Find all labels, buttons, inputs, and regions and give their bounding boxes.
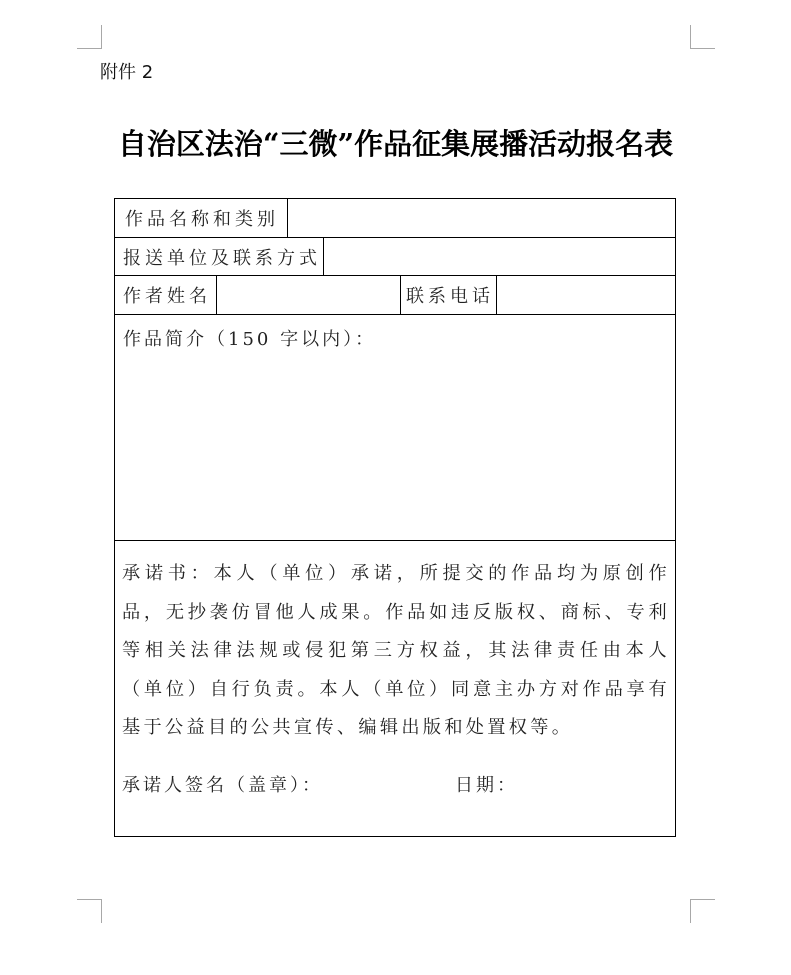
author-name-label: 作者姓名	[123, 276, 211, 314]
work-name-field[interactable]	[289, 199, 675, 237]
divider	[216, 276, 217, 314]
divider	[323, 238, 324, 275]
page-title: 自治区法治“三微”作品征集展播活动报名表	[0, 122, 791, 163]
crop-mark-top-left	[77, 25, 102, 49]
work-name-label: 作品名称和类别	[125, 199, 279, 237]
divider	[287, 199, 288, 237]
intro-field[interactable]	[115, 355, 675, 540]
intro-label: 作品简介（150 字以内）：	[123, 325, 376, 351]
crop-mark-top-right	[690, 25, 715, 49]
row-submitting-unit: 报送单位及联系方式	[115, 238, 675, 276]
crop-mark-bottom-right	[690, 899, 715, 923]
registration-form: 作品名称和类别 报送单位及联系方式 作者姓名 联系电话 作品简介（150 字以内…	[114, 198, 676, 837]
author-name-field[interactable]	[218, 276, 400, 314]
submitting-unit-label: 报送单位及联系方式	[123, 238, 321, 275]
crop-mark-bottom-left	[77, 899, 102, 923]
date-label: 日期：	[455, 771, 518, 797]
attachment-label: 附件 2	[100, 58, 153, 84]
signature-label: 承诺人签名（盖章）：	[122, 771, 323, 797]
divider	[496, 276, 497, 314]
pledge-text: 承诺书：本人（单位）承诺，所提交的作品均为原创作品，无抄袭仿冒他人成果。作品如违…	[122, 555, 670, 748]
submitting-unit-field[interactable]	[325, 238, 675, 275]
row-pledge: 承诺书：本人（单位）承诺，所提交的作品均为原创作品，无抄袭仿冒他人成果。作品如违…	[115, 541, 675, 836]
divider	[400, 276, 401, 314]
row-work-name: 作品名称和类别	[115, 199, 675, 238]
row-intro: 作品简介（150 字以内）：	[115, 315, 675, 541]
phone-field[interactable]	[498, 276, 675, 314]
phone-label: 联系电话	[406, 276, 494, 314]
row-author: 作者姓名 联系电话	[115, 276, 675, 315]
